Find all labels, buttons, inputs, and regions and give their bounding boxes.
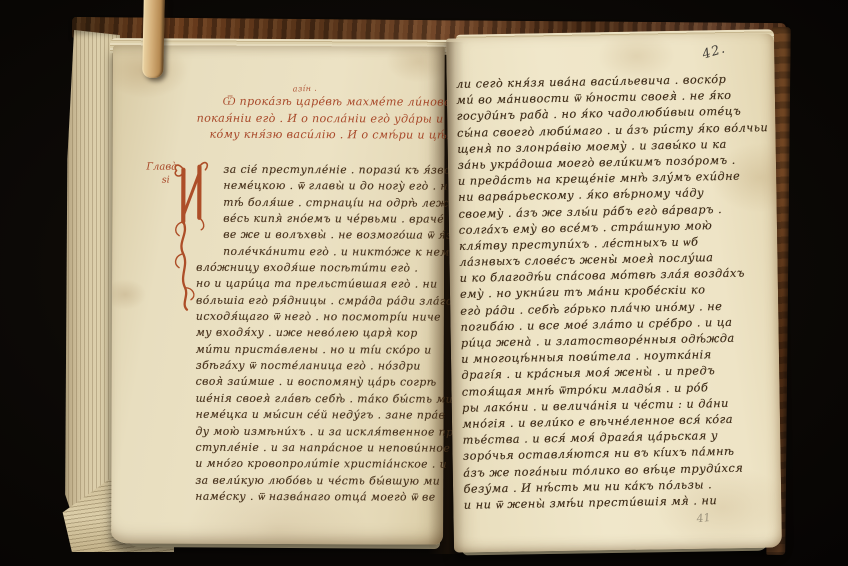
- manuscript-line: своя̀ заи́мше . и воспомяну̀ ца́рь согрѣ: [196, 374, 446, 391]
- manuscript-line: му входя́ху . иже нево́лею царя̀ кор: [196, 325, 446, 342]
- manuscript-line: ве же и волъхвы̀ . не возмого́ша ѿ я́зи: [223, 227, 446, 244]
- manuscript-line: збѣга́ху ѿ посте́ланица его̀ . но́здри: [196, 358, 446, 375]
- rubric-heading-line: ко́му кня́зю васи́лію . И о смѣ́ри и цѣ́…: [210, 127, 487, 145]
- manuscript-text-block-left: за сіе́ преступле́ніе . порази́ къ я́зво…: [195, 162, 446, 506]
- manuscript-line: во́льшіа его̀ ря́дницы . смра́да ра́ди з…: [196, 292, 446, 309]
- manuscript-line: ве́сь кипя̀ гно́емъ и че́рвьми . враче́: [223, 211, 446, 228]
- photo-black-background: азі́н . Ѿ прока́зѣ царе́вѣ махме́те ли́н…: [0, 0, 848, 566]
- manuscript-text-block-right: ли сего̀ кня́зя ива́на васи́льевича . во…: [456, 71, 776, 514]
- right-page: 42. ли сего̀ кня́зя ива́на васи́льевича …: [446, 33, 782, 552]
- manuscript-line: и мно́го кровопроли́тіе христіа́нское . …: [195, 456, 445, 473]
- quire-mark: азі́н .: [293, 84, 318, 94]
- left-page: азі́н . Ѿ прока́зѣ царе́вѣ махме́те ли́н…: [111, 45, 445, 544]
- manuscript-line: неме́цкою . ѿ главы̀ и до ногу̀ его̀ . н…: [223, 178, 446, 195]
- manuscript-line: ду мою̀ измѣни́хъ . и за искля́твенное п…: [195, 423, 445, 440]
- manuscript-line: наме́ску . ѿ назва́наго отца́ моего̀ ѿ в…: [195, 489, 445, 506]
- bookmark-strap: [142, 0, 165, 78]
- manuscript-line: ми́ти приста́влены . но и ті́и ско́ро и: [196, 341, 446, 358]
- manuscript-line: неме́цка и мы́син се́й неду́гъ . зане пр…: [196, 407, 446, 424]
- manuscript-line: но и цари́ца та прельсти́вшая его̀ . ни: [196, 276, 446, 293]
- manuscript-line: за вели́кую любо́вь и че́сть бы́вшую ми: [195, 472, 445, 489]
- folio-number-pencil: 41: [696, 511, 711, 526]
- manuscript-line: исходя́щаго ѿ него̀ . но посмотрі́и ниче: [196, 309, 446, 326]
- manuscript-line: тѣ́ боля́ше . стрнаці́и на одрѣ̀ лежа̀: [223, 194, 446, 211]
- rubric-heading-line: покая́ніи его̀ . И о посла́ніи его̀ уда́…: [197, 110, 487, 128]
- manuscript-line: ступле́ніе . и за напра́сное и непови́нн…: [195, 440, 445, 457]
- manuscript-line: вло́жницу входя́ше посѣти́ти его̀ .: [196, 260, 446, 277]
- folio-number-ink: 42.: [701, 41, 728, 62]
- rubric-heading: Ѿ прока́зѣ царе́вѣ махме́те ли́нове . И …: [197, 94, 487, 145]
- manuscript-line: за сіе́ преступле́ніе . порази́ къ я́зво…: [223, 162, 446, 179]
- manuscript-line: поле́чка́нити его̀ . и никто́же к нему̀: [223, 244, 446, 261]
- manuscript-line: ше́нія своея̀ гла́вѣ себѣ̀ . та́ко бы́ст…: [196, 391, 446, 408]
